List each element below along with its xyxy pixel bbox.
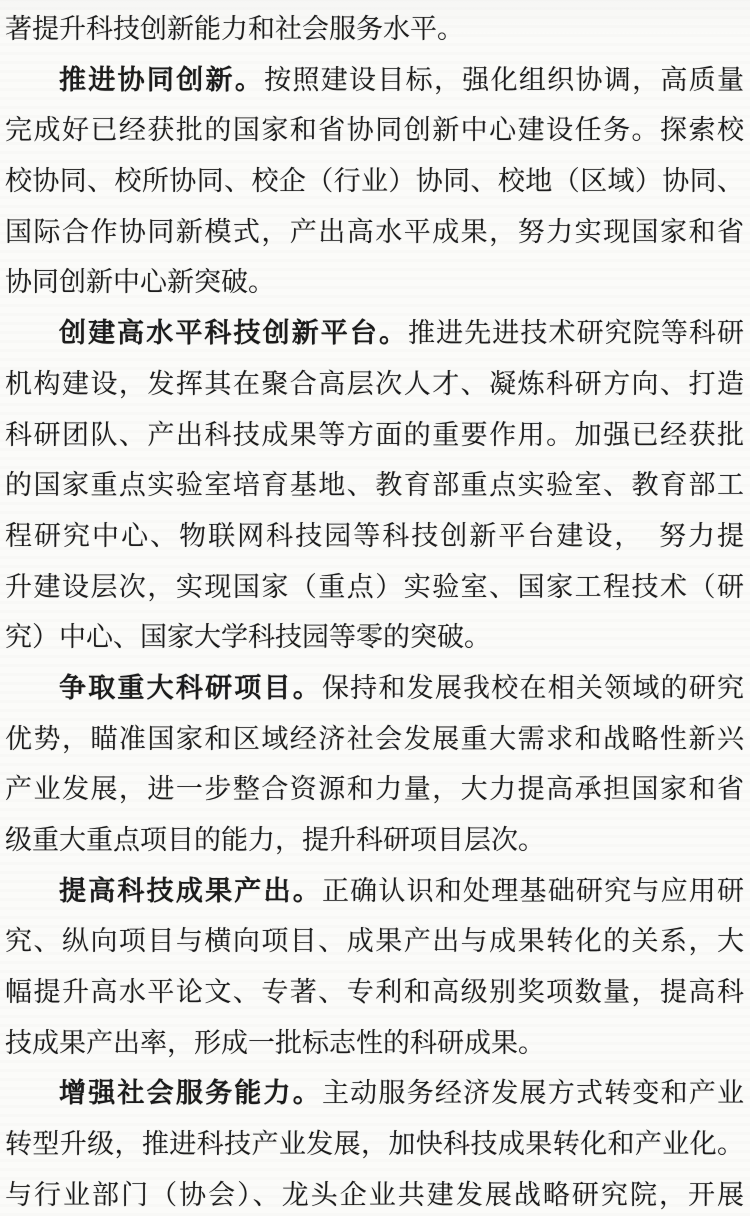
text-line: 升建设层次，实现国家（重点）实验室、国家工程技术（研	[5, 562, 744, 613]
line-text: 究）中心、国家大学科技园等零的突破。	[5, 622, 491, 652]
text-line: 究）中心、国家大学科技园等零的突破。	[5, 612, 744, 663]
text-line: 究、纵向项目与横向项目、成果产出与成果转化的关系，大	[5, 916, 744, 967]
text-line: 国际合作协同新模式，产出高水平成果，努力实现国家和省	[5, 207, 744, 258]
line-text: 优势，瞄准国家和区域经济社会发展重大需求和战略性新兴	[5, 724, 744, 754]
line-text: 校协同、校所协同、校企（行业）协同、校地（区域）协同、	[5, 166, 744, 196]
text-line: 技成果产出率，形成一批标志性的科研成果。	[5, 1018, 744, 1069]
text-line: 提高科技成果产出。正确认识和处理基础研究与应用研	[5, 866, 744, 917]
line-text: 保持和发展我校在相关领域的研究	[322, 673, 744, 703]
text-line: 创建高水平科技创新平台。推进先进技术研究院等科研	[5, 308, 744, 359]
line-text: 推进先进技术研究院等科研	[408, 318, 744, 348]
line-text: 究、纵向项目与横向项目、成果产出与成果转化的关系，大	[5, 926, 744, 956]
line-text: 技成果产出率，形成一批标志性的科研成果。	[5, 1028, 545, 1058]
line-text: 主动服务经济发展方式转变和产业	[322, 1078, 744, 1108]
line-text: 国际合作协同新模式，产出高水平成果，努力实现国家和省	[5, 217, 744, 247]
paragraph-lead: 提高科技成果产出。	[59, 876, 322, 906]
document-text-block: 著提升科技创新能力和社会服务水平。 推进协同创新。按照建设目标，强化组织协调，高…	[5, 4, 744, 1216]
paragraph-lead: 推进协同创新。	[59, 65, 264, 95]
text-line: 程研究中心、物联网科技园等科技创新平台建设， 努力提	[5, 511, 744, 562]
text-line: 著提升科技创新能力和社会服务水平。	[5, 4, 744, 55]
text-line: 推进协同创新。按照建设目标，强化组织协调，高质量	[5, 55, 744, 106]
line-text: 转型升级，推进科技产业发展，加快科技成果转化和产业化。	[5, 1129, 744, 1159]
text-line: 校协同、校所协同、校企（行业）协同、校地（区域）协同、	[5, 156, 744, 207]
paragraph-lead: 创建高水平科技创新平台。	[59, 318, 408, 348]
line-text: 机构建设，发挥其在聚合高层次人才、凝炼科研方向、打造	[5, 369, 744, 399]
text-line: 级重大重点项目的能力，提升科研项目层次。	[5, 815, 744, 866]
paragraph-lead: 增强社会服务能力。	[59, 1078, 322, 1108]
text-line: 科研团队、产出科技成果等方面的重要作用。加强已经获批	[5, 410, 744, 461]
line-text: 科研团队、产出科技成果等方面的重要作用。加强已经获批	[5, 420, 744, 450]
line-text: 程研究中心、物联网科技园等科技创新平台建设， 努力提	[5, 521, 744, 551]
line-text: 产业发展，进一步整合资源和力量，大力提高承担国家和省	[5, 774, 744, 804]
text-line: 与行业部门（协会）、龙头企业共建发展战略研究院，开展	[5, 1170, 744, 1216]
text-line: 协同创新中心新突破。	[5, 257, 744, 308]
text-line: 机构建设，发挥其在聚合高层次人才、凝炼科研方向、打造	[5, 359, 744, 410]
text-line: 优势，瞄准国家和区域经济社会发展重大需求和战略性新兴	[5, 714, 744, 765]
text-line: 增强社会服务能力。主动服务经济发展方式转变和产业	[5, 1068, 744, 1119]
line-text: 协同创新中心新突破。	[5, 267, 275, 297]
line-text: 升建设层次，实现国家（重点）实验室、国家工程技术（研	[5, 572, 744, 602]
document-page: 著提升科技创新能力和社会服务水平。 推进协同创新。按照建设目标，强化组织协调，高…	[0, 0, 750, 1216]
text-line: 幅提升高水平论文、专著、专利和高级别奖项数量，提高科	[5, 967, 744, 1018]
line-text: 级重大重点项目的能力，提升科研项目层次。	[5, 825, 545, 855]
line-text: 幅提升高水平论文、专著、专利和高级别奖项数量，提高科	[5, 977, 744, 1007]
line-text: 按照建设目标，强化组织协调，高质量	[264, 65, 744, 95]
paragraph-lead: 争取重大科研项目。	[59, 673, 322, 703]
text-line: 争取重大科研项目。保持和发展我校在相关领域的研究	[5, 663, 744, 714]
line-text: 正确认识和处理基础研究与应用研	[322, 876, 744, 906]
line-text: 著提升科技创新能力和社会服务水平。	[5, 14, 464, 44]
line-text: 与行业部门（协会）、龙头企业共建发展战略研究院，开展	[5, 1180, 744, 1210]
text-line: 完成好已经获批的国家和省协同创新中心建设任务。探索校	[5, 105, 744, 156]
text-line: 转型升级，推进科技产业发展，加快科技成果转化和产业化。	[5, 1119, 744, 1170]
text-line: 产业发展，进一步整合资源和力量，大力提高承担国家和省	[5, 764, 744, 815]
text-line: 的国家重点实验室培育基地、教育部重点实验室、教育部工	[5, 460, 744, 511]
line-text: 的国家重点实验室培育基地、教育部重点实验室、教育部工	[5, 470, 744, 500]
line-text: 完成好已经获批的国家和省协同创新中心建设任务。探索校	[5, 115, 744, 145]
